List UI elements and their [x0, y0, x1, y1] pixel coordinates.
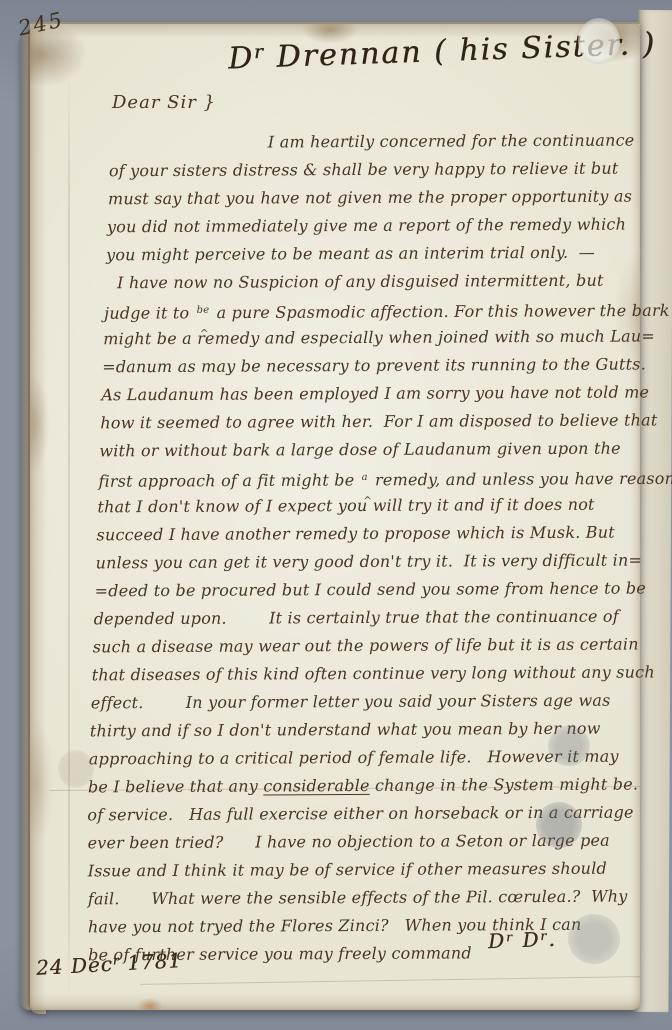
signature-initials: Dr Dr.: [488, 927, 557, 953]
letter-line: you might perceive to be meant as an int…: [106, 239, 619, 270]
letter-line: Issue and I think it may be of service i…: [88, 855, 622, 886]
superscript-text: a: [362, 472, 368, 483]
letter-line: ever been tried? I have no objection to …: [87, 827, 621, 858]
superscript-text: be: [197, 305, 210, 316]
letter-line: be I believe that any considerable chang…: [88, 771, 621, 802]
letter-line: of your sisters distress & shall be very…: [109, 155, 618, 186]
letter-line: judge it to be a pure Spasmodic affectio…: [104, 295, 619, 326]
vertical-fold-line: [68, 72, 70, 1002]
superscript-text: r: [540, 928, 548, 943]
folio-number: 245: [16, 7, 66, 40]
letter-line: thirty and if so I don't understand what…: [90, 715, 621, 746]
salutation: Dear Sir }: [112, 92, 216, 113]
letter-line: I have now no Suspicion of any disguised…: [105, 267, 619, 298]
letter-line: approaching to a critical period of fema…: [89, 743, 621, 774]
letter-line: with or without bark a large dose of Lau…: [99, 435, 619, 466]
letter-line: how it seemed to agree with her. For I a…: [100, 407, 619, 438]
letter-line: that diseases of this kind often continu…: [92, 659, 621, 690]
superscript-text: r: [506, 929, 514, 944]
letter-line: must say that you have not given me the …: [108, 183, 618, 214]
letter-line: effect. In your former letter you said y…: [91, 687, 621, 718]
manuscript-photo: 245 Dr Drennan ( his Sister. ) Dear Sir …: [0, 0, 672, 1030]
letter-line: fail. What were the sensible effects of …: [88, 883, 622, 914]
letter-line: might be a remedy and especially when jo…: [103, 323, 619, 354]
letter-line: such a disease may wear out the powers o…: [93, 631, 621, 662]
letter-line: I am heartily concerned for the continua…: [110, 127, 618, 158]
letter-line: succeed I have another remedy to propose…: [96, 519, 620, 550]
underlined-word: considerable: [263, 776, 369, 796]
manuscript-page: 245 Dr Drennan ( his Sister. ) Dear Sir …: [30, 22, 640, 1010]
letter-line: depended upon. It is certainly true that…: [94, 603, 621, 634]
letter-line: that I don't know of I expect you will t…: [97, 491, 619, 522]
superscript-text: r: [112, 952, 120, 967]
letter-body: I am heartily concerned for the continua…: [84, 127, 622, 970]
letter-line: As Laudanum has been employed I am sorry…: [101, 379, 619, 410]
letter-heading: Dr Drennan ( his Sister. ): [228, 27, 659, 77]
date-line: 24 Decr 1781: [35, 948, 182, 980]
letter-line: =danum as may be necessary to prevent it…: [102, 351, 619, 382]
letter-line: you did not immediately give me a report…: [107, 211, 618, 242]
superscript-text: r: [254, 42, 266, 63]
letter-line: first approach of a fit might be a remed…: [98, 463, 619, 494]
letter-line: unless you can get it very good don't tr…: [96, 547, 621, 578]
letter-line: =deed to be procured but I could send yo…: [95, 575, 621, 606]
letter-line: of service. Has full exercise either on …: [87, 799, 621, 830]
horizontal-crease: [140, 976, 640, 985]
